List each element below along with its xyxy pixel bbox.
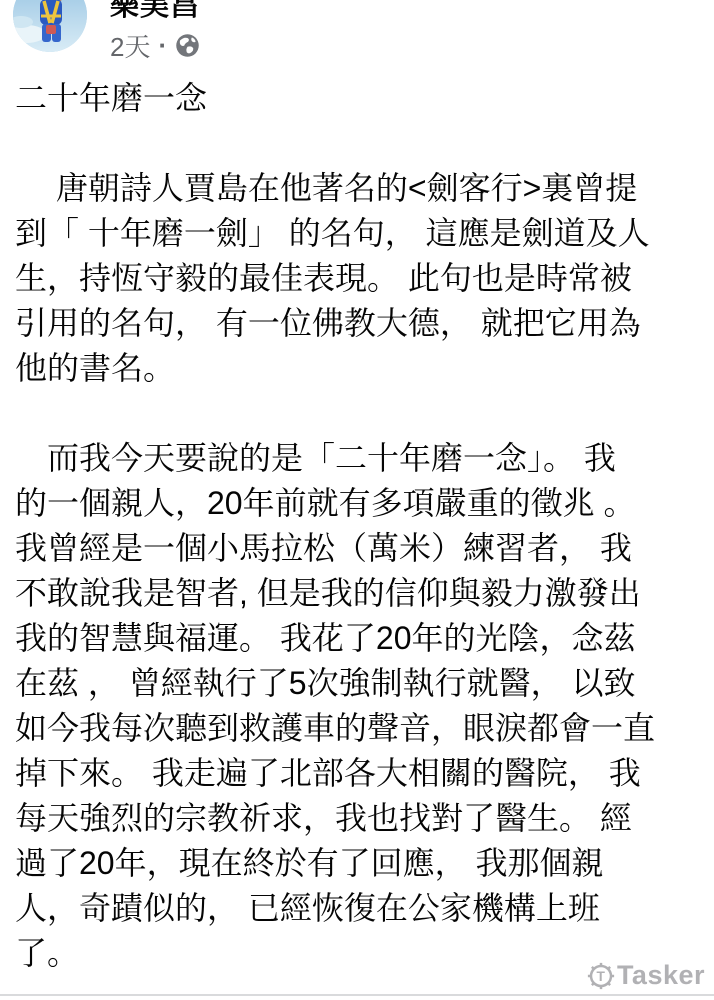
post-timestamp[interactable]: 2天: [110, 27, 150, 64]
bottom-divider: [0, 994, 714, 996]
globe-public-icon: [175, 33, 200, 58]
meta-separator: ·: [158, 30, 167, 61]
post-content: 二十年磨一念 唐朝詩人賈島在他著名的<劍客行>裏曾提 到「 十年磨一劍」 的名句…: [15, 76, 700, 976]
avatar[interactable]: [13, 0, 87, 52]
svg-text:T: T: [596, 969, 605, 984]
tasker-gear-icon: T: [586, 961, 616, 991]
author-name[interactable]: 樂美昌: [110, 0, 200, 24]
avatar-photo-icon: [13, 0, 87, 52]
watermark: T Tasker: [586, 960, 705, 991]
post-header: 樂美昌 2天 ·: [0, 0, 714, 62]
watermark-label: Tasker: [617, 960, 705, 991]
post-meta: 2天 ·: [110, 27, 200, 64]
